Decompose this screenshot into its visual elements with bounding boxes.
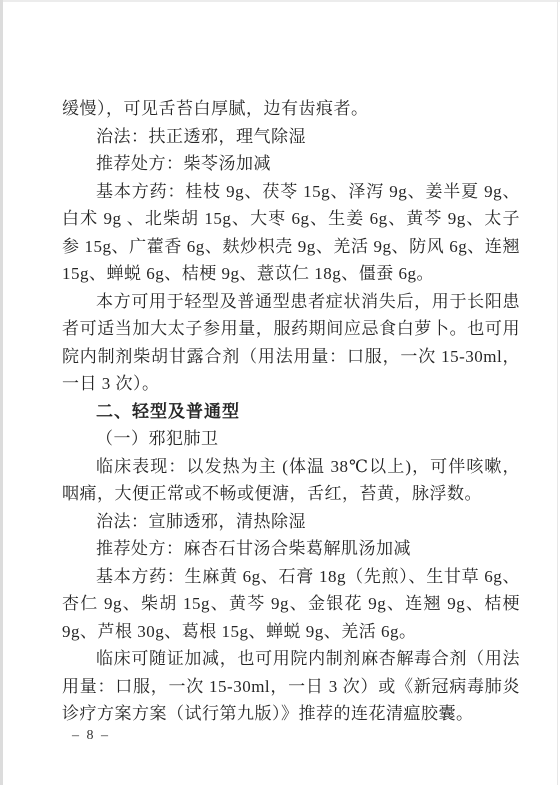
paragraph-treatment-method: 治法：扶正透邪，理气除湿 (62, 123, 520, 151)
paragraph-base-formula-2: 基本方药：生麻黄 6g、石膏 18g（先煎）、生甘草 6g、杏仁 9g、柴胡 1… (62, 563, 520, 646)
scan-edge-top (0, 0, 560, 2)
paragraph-clinical-signs: 临床表现：以发热为主 (体温 38℃以上)，可伴咳嗽，咽痛，大便正常或不畅或便溏… (62, 453, 520, 508)
paragraph-continuation: 缓慢），可见舌苔白厚腻，边有齿痕者。 (62, 95, 520, 123)
page-number: – 8 – (72, 728, 110, 744)
scan-edge-left (0, 0, 3, 785)
section-heading: 二、轻型及普通型 (62, 398, 520, 426)
paragraph-prescription: 推荐处方：柴苓汤加减 (62, 150, 520, 178)
subsection-heading: （一）邪犯肺卫 (62, 425, 520, 453)
paragraph-base-formula: 基本方药：桂枝 9g、茯苓 15g、泽泻 9g、姜半夏 9g、白术 9g 、北柴… (62, 178, 520, 288)
paragraph-treatment-method-2: 治法：宣肺透邪，清热除湿 (62, 508, 520, 536)
paragraph-usage-note: 本方可用于轻型及普通型患者症状消失后，用于长阳患者可适当加大太子参用量，服药期间… (62, 288, 520, 398)
document-page: 缓慢），可见舌苔白厚腻，边有齿痕者。 治法：扶正透邪，理气除湿 推荐处方：柴苓汤… (0, 0, 560, 785)
scan-edge-right (557, 0, 558, 785)
text-block: 缓慢），可见舌苔白厚腻，边有齿痕者。 治法：扶正透邪，理气除湿 推荐处方：柴苓汤… (62, 95, 520, 728)
paragraph-usage-note-2: 临床可随证加减，也可用院内制剂麻杏解毒合剂（用法用量：口服，一次 15-30ml… (62, 645, 520, 728)
paragraph-prescription-2: 推荐处方：麻杏石甘汤合柴葛解肌汤加减 (62, 535, 520, 563)
